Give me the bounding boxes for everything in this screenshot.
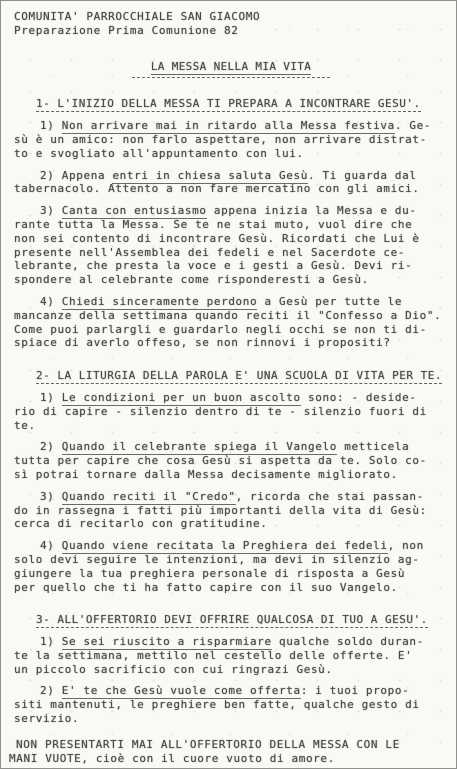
- text-line: te la settimana, mettilo nel cestello de…: [14, 649, 448, 663]
- text-line: servizio.: [14, 712, 448, 726]
- text-line: solo devi seguire le intenzioni, ma devi…: [14, 553, 448, 567]
- document-title-text: LA MESSA NELLA MIA VITA: [151, 60, 311, 76]
- underlined-text: Chiedi sinceramente perdono: [62, 295, 258, 310]
- text-segment: giungere la tua preghiera personale di r…: [14, 567, 405, 580]
- underlined-text: Quando reciti il "Credo": [62, 490, 236, 505]
- paragraph: 4) Quando viene recitata la Preghiera de…: [14, 539, 448, 594]
- text-segment: MANI VUOTE, cioè con il cuore vuoto di a…: [9, 752, 335, 765]
- text-segment: , ricorda che stai passan-: [236, 490, 424, 503]
- text-line: un piccolo sacrificio con cui ringrazi G…: [14, 663, 448, 677]
- org-name: COMUNITA' PARROCCHIALE SAN GIACOMO: [14, 10, 448, 24]
- text-line: rio di capire - silenzio dentro di te - …: [14, 405, 448, 419]
- paragraph: 2) Quando il celebrante spiega il Vangel…: [14, 440, 448, 481]
- text-line: siti mantenuti, le preghiere ben fatte, …: [14, 698, 448, 712]
- text-line: lebrante, che presta la voce e i gesti a…: [14, 259, 448, 273]
- text-line: mancanze della settimana quando reciti i…: [14, 309, 448, 323]
- text-line: 4) Chiedi sinceramente perdono a Gesù pe…: [14, 295, 448, 309]
- document-page: COMUNITA' PARROCCHIALE SAN GIACOMO Prepa…: [0, 0, 457, 769]
- document-body: 1- L'INIZIO DELLA MESSA TI PREPARA A INC…: [14, 97, 448, 765]
- underlined-text: Se sei riuscito a risparmiare: [62, 635, 272, 650]
- underlined-text: Quando viene recitata la Preghiera dei f…: [62, 539, 388, 554]
- section-heading-text: 1- L'INIZIO DELLA MESSA TI PREPARA A INC…: [36, 97, 421, 112]
- text-segment: spiace di averlo offeso, se non rinnovi …: [14, 336, 391, 349]
- text-segment: presente nell'Assemblea dei fedeli e nel…: [14, 246, 405, 259]
- section-heading: 1- L'INIZIO DELLA MESSA TI PREPARA A INC…: [36, 97, 448, 111]
- text-segment: 2): [40, 440, 62, 453]
- text-segment: mancanze della settimana quando reciti i…: [14, 309, 441, 322]
- paragraph: 3) Canta con entusiasmo appena inizia la…: [14, 204, 448, 287]
- text-segment: tutta per capire che cosa Gesù si aspett…: [14, 454, 427, 467]
- text-segment: servizio.: [14, 712, 79, 725]
- text-segment: 1): [40, 391, 62, 404]
- text-segment: 3): [40, 490, 62, 503]
- text-line: 3) Canta con entusiasmo appena inizia la…: [14, 204, 448, 218]
- underlined-text: Non arrivare mai in ritardo alla Messa f…: [62, 119, 395, 134]
- paragraph: NON PRESENTARTI MAI ALL'OFFERTORIO DELLA…: [9, 738, 448, 766]
- section-heading-text: 3- ALL'OFFERTORIO DEVI OFFRIRE QUALCOSA …: [36, 613, 428, 628]
- text-line: 3) Quando reciti il "Credo", ricorda che…: [14, 490, 448, 504]
- text-line: non sei contento di incontrare Gesù. Ric…: [14, 232, 448, 246]
- text-line: per quello che ti ha fatto capire con il…: [14, 581, 448, 595]
- text-segment: 2) Appena: [40, 169, 112, 182]
- text-segment: NON PRESENTARTI MAI ALL'OFFERTORIO DELLA…: [16, 738, 400, 751]
- section-heading-text: 2- LA LITURGIA DELLA PAROLA E' UNA SCUOL…: [36, 369, 442, 384]
- text-segment: per quello che ti ha fatto capire con il…: [14, 581, 398, 594]
- text-segment: un piccolo sacrificio con cui ringrazi G…: [14, 663, 333, 676]
- text-line: giungere la tua preghiera personale di r…: [14, 567, 448, 581]
- paragraph: 1) Le condizioni per un buon ascolto son…: [14, 391, 448, 432]
- text-segment: qualche soldo duran-: [272, 635, 424, 648]
- text-line: tabernacolo. Attento a non fare mercatin…: [14, 182, 448, 196]
- paragraph: 2) E' te che Gesù vuole come offerta: i …: [14, 684, 448, 725]
- text-line: 2) E' te che Gesù vuole come offerta: i …: [14, 684, 448, 698]
- text-segment: metticela: [337, 440, 409, 453]
- text-segment: solo devi seguire le intenzioni, ma devi…: [14, 553, 420, 566]
- text-line: cerca di recitarlo con gratitudine.: [14, 517, 448, 531]
- text-line: 2) Appena entri in chiesa saluta Gesù. T…: [14, 169, 448, 183]
- doc-subtitle: Preparazione Prima Comunione 82: [14, 24, 448, 38]
- underlined-text: E' te che Gesù vuole come offerta: [62, 684, 301, 699]
- text-segment: do in rassegna i fatti più importanti de…: [14, 504, 427, 517]
- text-segment: te la settimana, mettilo nel cestello de…: [14, 649, 412, 662]
- text-segment: sono: - deside-: [301, 391, 417, 404]
- underlined-text: Le condizioni per un buon ascolto: [62, 391, 301, 406]
- text-line: 2) Quando il celebrante spiega il Vangel…: [14, 440, 448, 454]
- text-line: presente nell'Assemblea dei fedeli e nel…: [14, 246, 448, 260]
- text-line: 4) Quando viene recitata la Preghiera de…: [14, 539, 448, 553]
- text-line: Come puoi parlargli e guardarlo negli oc…: [14, 323, 448, 337]
- text-segment: : i tuoi propo-: [301, 684, 410, 697]
- text-line: NON PRESENTARTI MAI ALL'OFFERTORIO DELLA…: [9, 738, 448, 752]
- text-segment: a Gesù per tutte le: [257, 295, 402, 308]
- text-segment: 2): [40, 684, 62, 697]
- text-line: spiace di averlo offeso, se non rinnovi …: [14, 336, 448, 350]
- text-segment: sù è un amico: non farlo aspettare, non …: [14, 133, 427, 146]
- text-line: MANI VUOTE, cioè con il cuore vuoto di a…: [9, 752, 448, 766]
- text-segment: 1): [40, 119, 62, 132]
- text-segment: lebrante, che presta la voce e i gesti a…: [14, 259, 412, 272]
- document-title: LA MESSA NELLA MIA VITA: [14, 55, 448, 79]
- text-segment: to e svogliato all'appuntamento con lui.: [14, 147, 304, 160]
- text-line: to e svogliato all'appuntamento con lui.: [14, 147, 448, 161]
- text-segment: . Ge-: [395, 119, 431, 132]
- section-heading: 2- LA LITURGIA DELLA PAROLA E' UNA SCUOL…: [36, 369, 448, 383]
- paragraph: 2) Appena entri in chiesa saluta Gesù. T…: [14, 169, 448, 197]
- text-segment: 4): [40, 295, 62, 308]
- text-segment: cerca di recitarlo con gratitudine.: [14, 517, 268, 530]
- text-line: tutta per capire che cosa Gesù si aspett…: [14, 454, 448, 468]
- text-line: 1) Le condizioni per un buon ascolto son…: [14, 391, 448, 405]
- text-line: te.: [14, 419, 448, 433]
- paragraph: 1) Non arrivare mai in ritardo alla Mess…: [14, 119, 448, 160]
- text-segment: appena inizia la Messa e du-: [207, 204, 417, 217]
- text-segment: rio di capire - silenzio dentro di te - …: [14, 405, 427, 418]
- text-segment: Come puoi parlargli e guardarlo negli oc…: [14, 323, 427, 336]
- text-line: sì potrai tornare dalla Messa decisament…: [14, 468, 448, 482]
- text-segment: 1): [40, 635, 62, 648]
- text-segment: siti mantenuti, le preghiere ben fatte, …: [14, 698, 420, 711]
- text-segment: te.: [14, 419, 36, 432]
- text-line: rante tutta la Messa. Se te ne stai muto…: [14, 218, 448, 232]
- paragraph: 1) Se sei riuscito a risparmiare qualche…: [14, 635, 448, 676]
- text-line: sù è un amico: non farlo aspettare, non …: [14, 133, 448, 147]
- text-segment: . Ti guarda dal: [308, 169, 417, 182]
- underlined-text: entri in chiesa saluta Gesù: [112, 169, 308, 184]
- underlined-text: Canta con entusiasmo: [62, 204, 207, 219]
- text-segment: , non: [388, 539, 424, 552]
- text-line: 1) Se sei riuscito a risparmiare qualche…: [14, 635, 448, 649]
- paragraph: 3) Quando reciti il "Credo", ricorda che…: [14, 490, 448, 531]
- text-line: spondere al celebrante come risponderest…: [14, 273, 448, 287]
- text-line: do in rassegna i fatti più importanti de…: [14, 504, 448, 518]
- text-segment: spondere al celebrante come risponderest…: [14, 273, 369, 286]
- paragraph: 4) Chiedi sinceramente perdono a Gesù pe…: [14, 295, 448, 350]
- text-line: 1) Non arrivare mai in ritardo alla Mess…: [14, 119, 448, 133]
- text-segment: sì potrai tornare dalla Messa decisament…: [14, 468, 398, 481]
- title-underline: [132, 77, 330, 78]
- text-segment: 4): [40, 539, 62, 552]
- text-segment: rante tutta la Messa. Se te ne stai muto…: [14, 218, 412, 231]
- text-segment: non sei contento di incontrare Gesù. Ric…: [14, 232, 420, 245]
- text-segment: tabernacolo. Attento a non fare mercatin…: [14, 182, 420, 195]
- section-heading: 3- ALL'OFFERTORIO DEVI OFFRIRE QUALCOSA …: [36, 613, 448, 627]
- text-segment: 3): [40, 204, 62, 217]
